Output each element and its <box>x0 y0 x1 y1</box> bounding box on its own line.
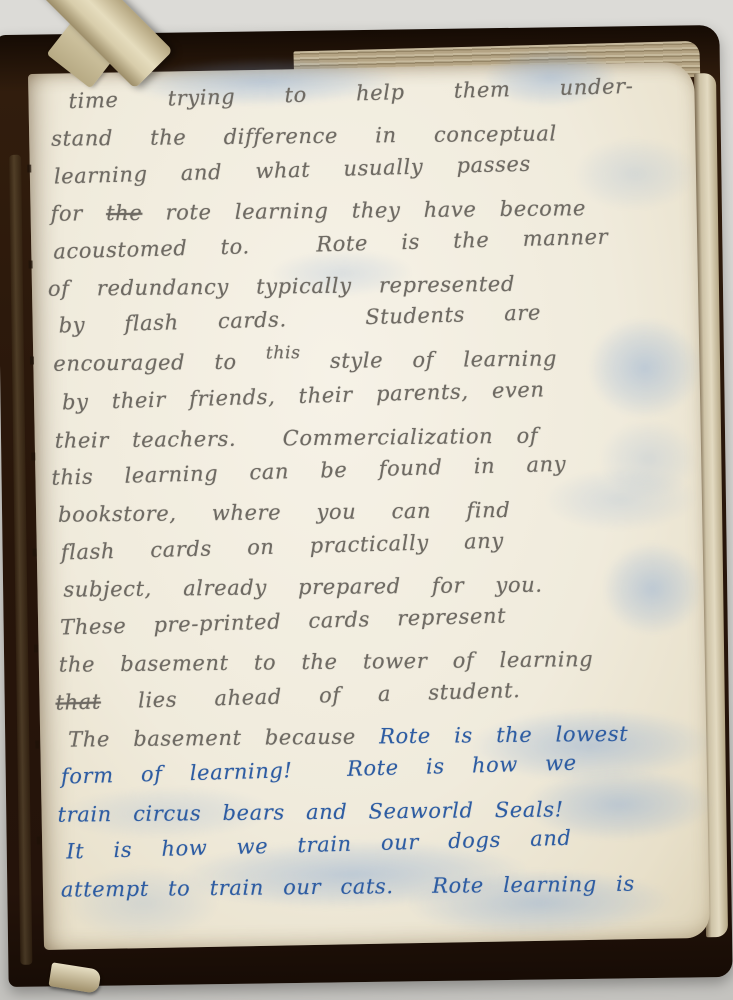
handwriting-segment: The basement because <box>68 724 379 751</box>
handwriting-segment: style of learning <box>301 346 558 373</box>
handwriting-segment: encouraged to <box>53 349 266 375</box>
handwritten-line: attempt to train our cats. Rote learning… <box>57 865 693 909</box>
handwriting-segment-blue: attempt to train our cats. Rote learning… <box>61 871 635 901</box>
struck-word: the <box>106 201 142 225</box>
notebook-page: time trying to help them under- stand th… <box>28 62 710 950</box>
handwriting-segment: flash cards on practically any <box>60 528 504 564</box>
handwriting-segment: bookstore, where you can find <box>58 498 510 527</box>
inserted-word: this <box>266 343 301 363</box>
handwriting-segment: These pre-printed cards represent <box>60 603 507 639</box>
handwriting-segment: this learning can be found in any <box>51 452 566 490</box>
notebook-book: time trying to help them under- stand th… <box>0 25 733 987</box>
handwriting-segment: by flash cards. Students are <box>58 301 541 338</box>
handwriting-segment-blue: It is how we train our dogs and <box>66 826 572 864</box>
handwriting-segment: for <box>50 201 106 226</box>
struck-word: that <box>55 689 101 714</box>
handwriting-segment: lies ahead of a student. <box>101 678 521 713</box>
handwriting-segment: by their friends, their parents, even <box>62 378 545 415</box>
handwritten-text: time trying to help them under- stand th… <box>42 72 693 908</box>
handwriting-segment-blue: form of learning! Rote is how we <box>61 751 577 789</box>
handwriting-segment: learning and what usually passes <box>54 151 532 188</box>
handwriting-segment: time trying to help them under- <box>68 74 634 113</box>
